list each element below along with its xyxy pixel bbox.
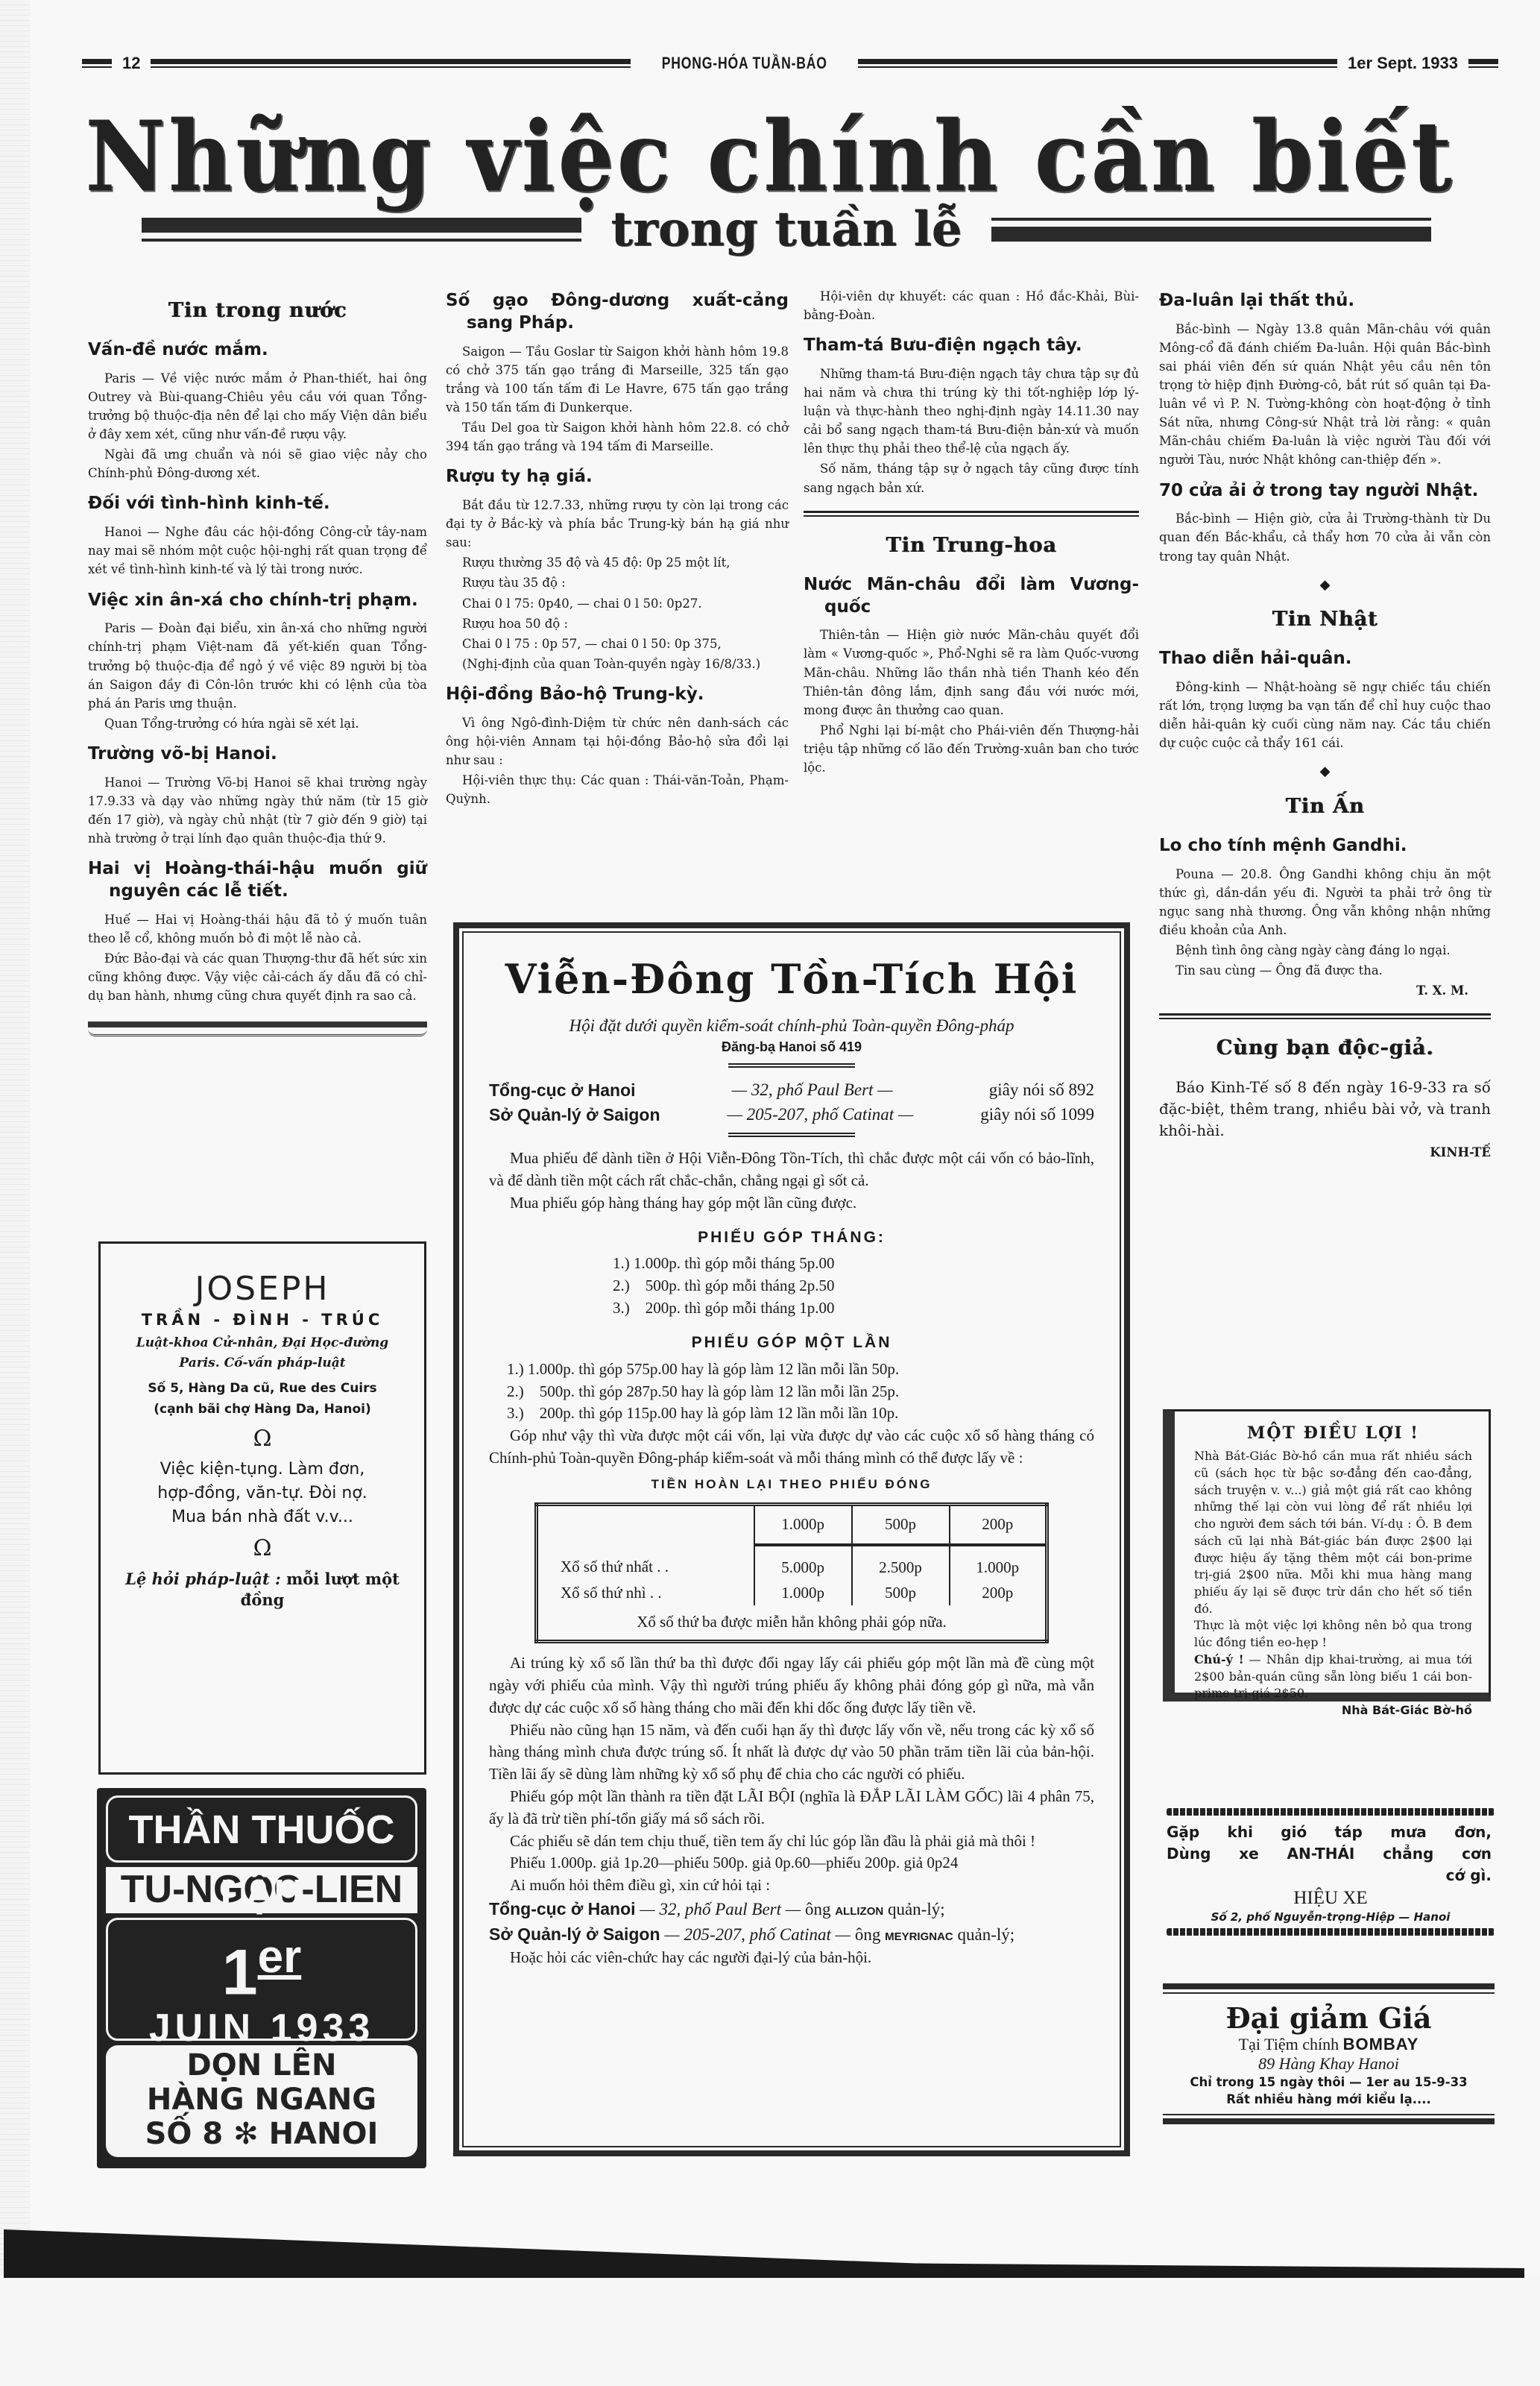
article-paragraph: Đông-kinh — Nhật-hoàng sẽ ngự chiếc tầu … (1159, 678, 1491, 752)
article-headline: Số gạo Đông-dương xuất-cảng sang Pháp. (446, 290, 789, 335)
ad-loi-body: Thực là một việc lợi không nên bỏ qua tr… (1194, 1617, 1472, 1651)
header-rule (82, 59, 112, 68)
ad-bombay-store: Tại Tiệm chính BOMBAY (1163, 2035, 1495, 2054)
column-2: Số gạo Đông-dương xuất-cảng sang Pháp. S… (446, 280, 789, 810)
ad-bombay-title: Đại giảm Giá (1163, 2001, 1495, 2035)
ad-vd-contact-hanoi: Tổng-cục ở Hanoi — 32, phố Paul Bert — ô… (489, 1897, 1094, 1922)
ad-than-thuoc-lau: THẦN THUỐC LẬU TU-NGOC-LIEN 1er JUIN 193… (97, 1788, 426, 2168)
section-title-india: Tin Ấn (1159, 791, 1491, 822)
ad-bombay-sale: Đại giảm Giá Tại Tiệm chính BOMBAY 89 Hà… (1163, 1983, 1495, 2124)
ad-vd-once-list: 1.) 1.000p. thì góp 575p.00 hay là góp l… (489, 1359, 1094, 1425)
table-cell: 5.000p (754, 1545, 852, 1581)
article-paragraph: Bắc-bình — Ngày 13.8 quân Mãn-châu với q… (1159, 320, 1491, 470)
ad-vd-title: Viễn-Đông Tồn-Tích Hội (489, 951, 1094, 1008)
author-signature: T. X. M. (1159, 981, 1491, 1000)
publication-name: PHONG-HÓA TUẦN-BÁO (661, 54, 827, 73)
article: Vấn-đề nước mắm. Paris — Về việc nước mắ… (88, 339, 427, 482)
ad-vd-contact-saigon: Sở Quản-lý ở Saigon — 205-207, phố Catin… (489, 1922, 1094, 1948)
article-headline: Hai vị Hoàng-thái-hậu muốn giữ nguyên cá… (88, 858, 427, 903)
issue-date: 1er Sept. 1933 (1348, 54, 1458, 73)
article: Trường võ-bị Hanoi. Hanoi — Trường Võ-bị… (88, 743, 427, 848)
ad-lawyer-credentials: Luật-khoa Cử-nhân, Đại Học-đường Paris. … (101, 1333, 424, 1373)
table-cell: 500p (852, 1581, 950, 1606)
list-item: 1.) 1.000p. thì góp mỗi tháng 5p.00 (613, 1253, 971, 1275)
article-headline: Trường võ-bị Hanoi. (88, 743, 427, 766)
ad-loi-body: Nhà Bát-Giác Bờ-hồ cần mua rất nhiều sác… (1194, 1448, 1472, 1617)
diamond-ornament-icon: ◆ (1159, 761, 1491, 781)
double-rule (728, 1063, 855, 1068)
ad-bombay-address: 89 Hàng Khay Hanoi (1163, 2054, 1495, 2074)
table-footer-row: Xổ số thứ ba được miễn hẳn không phải gó… (537, 1605, 1047, 1641)
ad-vd-body: Ai muốn hỏi thêm điều gì, xin cứ hỏi tại… (489, 1875, 1094, 1897)
article: Đa-luân lại thất thủ. Bắc-bình — Ngày 13… (1159, 290, 1491, 470)
article: Hội-đồng Bảo-hộ Trung-kỳ. Vì ông Ngô-đìn… (446, 684, 789, 808)
article: Việc xin ân-xá cho chính-trị phạm. Paris… (88, 590, 427, 733)
article-headline: Việc xin ân-xá cho chính-trị phạm. (88, 590, 427, 612)
ad-vd-tagline: Hội đặt dưới quyền kiểm-soát chính-phủ T… (489, 1014, 1094, 1039)
article-paragraph: Paris — Về việc nước mắm ở Phan-thiết, h… (88, 369, 427, 444)
newspaper-page: 12 PHONG-HÓA TUẦN-BÁO 1er Sept. 1933 Nhữ… (0, 0, 1540, 2274)
ad-vd-body: Phiếu 1.000p. giả 1p.20—phiếu 500p. giả … (489, 1852, 1094, 1875)
ad-vd-office-hanoi: Tổng-cục ở Hanoi — 32, phố Paul Bert — g… (489, 1078, 1094, 1103)
price-line: Chai 0 l 75: 0p40, — chai 0 l 50: 0p27. (446, 594, 789, 613)
table-cell: 1.000p (754, 1581, 852, 1606)
ad-vd-lottery-intro: Góp như vậy thì vừa được một cái vốn, lạ… (489, 1425, 1094, 1470)
section-divider (804, 511, 1139, 517)
article-headline: Đa-luân lại thất thủ. (1159, 290, 1491, 312)
article-paragraph: Đức Bảo-đại và các quan Thượng-thư đã hế… (88, 949, 427, 1005)
ad-vd-intro: Mua phiếu để dành tiền ở Hội Viễn-Đông T… (489, 1148, 1094, 1192)
readers-notice-title: Cùng bạn độc-giả. (1159, 1033, 1491, 1063)
section-title-japan: Tin Nhật (1159, 604, 1491, 635)
article-headline: Thao diễn hải-quân. (1159, 648, 1491, 670)
ad-mot-dieu-loi: MỘT ĐIỀU LỢI ! Nhà Bát-Giác Bờ-hồ cần mu… (1163, 1409, 1491, 1702)
ad-lau-date-block: 1er JUIN 1933 (106, 1918, 417, 2041)
article-paragraph: Phổ Nghi lại bí-mật cho Phái-viên đến Th… (804, 721, 1139, 777)
decorative-rule (991, 218, 1431, 242)
ad-vd-monthly-heading: PHIẾU GÓP THÁNG: (489, 1227, 1094, 1249)
table-header-cell: 500p (852, 1504, 950, 1544)
wavy-divider (88, 1022, 427, 1036)
article: Số gạo Đông-dương xuất-cảng sang Pháp. S… (446, 290, 789, 456)
ad-vd-body: Phiếu góp một lần thành ra tiền đặt LÃI … (489, 1786, 1094, 1831)
ad-loi-signature: Nhà Bát-Giác Bờ-hồ (1194, 1702, 1472, 1719)
table-cell: 1.000p (950, 1545, 1047, 1581)
article-paragraph: Vì ông Ngô-đình-Diệm từ chức nên danh-sá… (446, 714, 789, 769)
ad-bombay-dates: Chỉ trong 15 ngày thôi — 1er au 15-9-33 (1163, 2074, 1495, 2091)
section-title-china: Tin Trung-hoa (804, 530, 1139, 561)
article-paragraph: Hanoi — Trường Võ-bị Hanoi sẽ khai trườn… (88, 773, 427, 848)
ad-bombay-tagline: Rất nhiều hàng mới kiểu lạ.... (1163, 2091, 1495, 2108)
table-row: Xổ số thứ nhất . . 5.000p 2.500p 1.000p (537, 1545, 1047, 1581)
article: Rượu ty hạ giá. Bắt đầu từ 12.7.33, nhữn… (446, 466, 789, 673)
article-paragraph: Pouna — 20.8. Ông Gandhi không chịu ăn m… (1159, 865, 1491, 939)
ad-xe-shop: HIỆU XE (1167, 1888, 1495, 1909)
article-paragraph: Quan Tổng-trưởng có hứa ngài sẽ xét lại. (88, 714, 427, 733)
article: Nước Mãn-châu đổi làm Vương-quốc Thiên-t… (804, 574, 1139, 777)
ad-vd-once-heading: PHIẾU GÓP MỘT LẦN (489, 1332, 1094, 1354)
page-title: Những việc chính cần biết (0, 99, 1540, 213)
double-rule (728, 1133, 855, 1137)
article-headline: Tham-tá Bưu-điện ngạch tây. (804, 335, 1139, 357)
column-1: Tin trong nước Vấn-đề nước mắm. Paris — … (88, 291, 427, 1047)
article-paragraph: Bệnh tình ông càng ngày càng đáng lo ngạ… (1159, 941, 1491, 960)
list-item: 2.) 500p. thì góp mỗi tháng 2p.50 (613, 1275, 971, 1297)
price-line: (Nghị-định của quan Toàn-quyền ngày 16/8… (446, 655, 789, 673)
ad-vd-monthly-list: 1.) 1.000p. thì góp mỗi tháng 5p.00 2.) … (613, 1253, 971, 1319)
ad-lawyer-fee: Lệ hỏi pháp-luật : mỗi lượt một đồng (101, 1569, 424, 1611)
page-number: 12 (122, 54, 140, 73)
ad-an-thai-cars: Gặp khi gió táp mưa đơn, Dùng xe AN-THÁI… (1167, 1808, 1495, 1936)
table-cell: 200p (950, 1581, 1047, 1606)
price-line: Chai 0 l 75 : 0p 57, — chai 0 l 50: 0p 3… (446, 635, 789, 653)
ad-xe-address: Số 2, phố Nguyễn-trọng-Hiệp — Hanoi (1167, 1910, 1495, 1924)
column-4: Đa-luân lại thất thủ. Bắc-bình — Ngày 13… (1159, 280, 1491, 1163)
readers-notice-signature: KINH-TẾ (1159, 1143, 1491, 1162)
ad-loi-title: MỘT ĐIỀU LỢI ! (1194, 1422, 1472, 1445)
article: Hai vị Hoàng-thái-hậu muốn giữ nguyên cá… (88, 858, 427, 1005)
list-item: 2.) 500p. thì góp 287p.50 hay là góp làm… (507, 1381, 1094, 1403)
table-footer: Xổ số thứ ba được miễn hẳn không phải gó… (537, 1605, 1047, 1641)
article-paragraph: Bắc-bình — Hiện giờ, cửa ải Trường-thành… (1159, 509, 1491, 565)
article-paragraph: Tin sau cùng — Ông đã được tha. (1159, 961, 1491, 980)
ad-lawyer-services: Việc kiện-tụng. Làm đơn, hợp-đồng, văn-t… (101, 1458, 424, 1529)
article-paragraph: Saigon — Tầu Goslar từ Saigon khởi hành … (446, 342, 789, 417)
ad-xe-slogan: Gặp khi gió táp mưa đơn, Dùng xe AN-THÁI… (1167, 1816, 1495, 1886)
dotted-border (1167, 1808, 1495, 1816)
ad-vd-intro: Mua phiếu góp hàng tháng hay góp một lần… (489, 1192, 1094, 1215)
table-row-label: Xổ số thứ nhất . . (537, 1545, 754, 1581)
section-divider (1159, 1013, 1491, 1019)
readers-notice-body: Báo Kinh-Tế số 8 đến ngày 16-9-33 ra số … (1159, 1077, 1491, 1142)
ad-lawyer-fullname: TRẦN - ĐÌNH - TRÚC (101, 1311, 424, 1329)
page-subtitle: trong tuần lễ (611, 201, 962, 257)
table-row-label: Xổ số thứ nhì . . (537, 1581, 754, 1606)
article-headline: Lo cho tính mệnh Gandhi. (1159, 835, 1491, 857)
price-line: Rượu tàu 35 độ : (446, 573, 789, 592)
article: Thao diễn hải-quân. Đông-kinh — Nhật-hoà… (1159, 648, 1491, 752)
article-headline: 70 cửa ải ở trong tay người Nhật. (1159, 480, 1491, 503)
article-paragraph: Ngài đã ưng chuẩn và nói sẽ giao việc nả… (88, 445, 427, 482)
article-paragraph: Bắt đầu từ 12.7.33, những rượu ty còn lạ… (446, 496, 789, 552)
article-headline: Đối với tình-hình kinh-tế. (88, 493, 427, 515)
article-headline: Rượu ty hạ giá. (446, 466, 789, 488)
ad-vd-body: Ai trúng kỳ xổ số lần thứ ba thì được đổ… (489, 1652, 1094, 1719)
ad-loi-note: Chú-ý ! — Nhân dịp khai-trường, ai mua t… (1194, 1652, 1472, 1702)
ad-lau-title: THẦN THUỐC LẬU (106, 1795, 417, 1863)
article-headline: Hội-đồng Bảo-hộ Trung-kỳ. (446, 684, 789, 706)
running-header: 12 PHONG-HÓA TUẦN-BÁO 1er Sept. 1933 (82, 52, 1498, 75)
article-headline: Nước Mãn-châu đổi làm Vương-quốc (804, 574, 1139, 619)
article-paragraph: Hanoi — Nghe đâu các hội-đồng Công-cử tâ… (88, 523, 427, 579)
table-cell: 2.500p (852, 1545, 950, 1581)
page-subtitle-row: trong tuần lễ (142, 201, 1431, 257)
diamond-ornament-icon: ◆ (1159, 575, 1491, 595)
ad-vd-registration: Đăng-bạ Hanoi số 419 (489, 1038, 1094, 1057)
price-line: Rượu thường 35 độ và 45 độ: 0p 25 một lí… (446, 553, 789, 572)
article-paragraph: Thiên-tân — Hiện giờ nước Mãn-châu quyết… (804, 626, 1139, 719)
table-header-cell: 1.000p (754, 1504, 852, 1544)
ad-lawyer-name: JOSEPH (101, 1270, 424, 1308)
column-3: Hội-viên dự khuyết: các quan : Hồ đắc-Kh… (804, 287, 1139, 778)
article: Lo cho tính mệnh Gandhi. Pouna — 20.8. Ô… (1159, 835, 1491, 980)
decorative-rule (1163, 2114, 1495, 2124)
table-header-row: 1.000p 500p 200p (537, 1504, 1047, 1544)
list-item: 1.) 1.000p. thì góp 575p.00 hay là góp l… (507, 1359, 1094, 1381)
header-rule (1468, 59, 1498, 68)
list-item: 3.) 200p. thì góp 115p.00 hay là góp làm… (507, 1403, 1094, 1425)
article: Đối với tình-hình kinh-tế. Hanoi — Nghe … (88, 493, 427, 579)
decorative-rule (1163, 1983, 1495, 1994)
article-paragraph: Những tham-tá Bưu-điện ngạch tây chưa tậ… (804, 365, 1139, 458)
header-rule (151, 59, 630, 68)
page-bottom-scan-shadow (4, 2229, 1524, 2278)
header-rule (858, 59, 1337, 68)
article-paragraph: Tầu Del goa từ Saigon khởi hành hôm 22.8… (446, 418, 789, 456)
article: Tham-tá Bưu-điện ngạch tây. Những tham-t… (804, 335, 1139, 497)
dotted-border (1167, 1928, 1495, 1936)
ad-vd-body: Phiếu nào cũng hạn 15 năm, và đến cuối h… (489, 1719, 1094, 1786)
price-line: Rượu hoa 50 độ : (446, 614, 789, 633)
ad-vd-body: Các phiếu sẽ dán tem chịu thuế, tiền tem… (489, 1831, 1094, 1853)
article-paragraph: Huế — Hai vị Hoàng-thái hậu đã tỏ ý muốn… (88, 910, 427, 948)
article-paragraph: Hội-viên dự khuyết: các quan : Hồ đắc-Kh… (804, 287, 1139, 324)
decorative-rule (142, 218, 581, 242)
page-edge-scan-artifact (0, 0, 30, 2274)
omega-ornament-icon: Ω (101, 1426, 424, 1452)
ad-vd-closing: Hoặc hỏi các viên-chức hay các người đại… (489, 1947, 1094, 1969)
ad-vien-dong-ton-tich-hoi: Viễn-Đông Tồn-Tích Hội Hội đặt dưới quyề… (453, 922, 1130, 2156)
article-paragraph: Hội-viên thực thụ: Các quan : Thái-văn-T… (446, 771, 789, 808)
article-paragraph: Số năm, tháng tập sự ở ngạch tây cũng đư… (804, 459, 1139, 497)
ad-vd-prize-table: 1.000p 500p 200p Xổ số thứ nhất . . 5.00… (534, 1502, 1049, 1643)
article-headline: Vấn-đề nước mắm. (88, 339, 427, 362)
ad-joseph-lawyer: JOSEPH TRẦN - ĐÌNH - TRÚC Luật-khoa Cử-n… (98, 1241, 426, 1775)
article-paragraph: Paris — Đoàn đại biểu, xin ân-xá cho nhữ… (88, 619, 427, 712)
article: 70 cửa ải ở trong tay người Nhật. Bắc-bì… (1159, 480, 1491, 566)
ad-lawyer-address: Số 5, Hàng Da cũ, Rue des Cuirs (cạnh bã… (101, 1378, 424, 1420)
section-title-domestic: Tin trong nước (88, 295, 427, 326)
table-header-cell: 200p (950, 1504, 1047, 1544)
list-item: 3.) 200p. thì góp mỗi tháng 1p.00 (613, 1297, 971, 1320)
ad-vd-office-saigon: Sở Quản-lý ở Saigon — 205-207, phố Catin… (489, 1103, 1094, 1127)
ad-lau-address: DỌN LÊN HÀNG NGANG SỐ 8 ✻ HANOI (106, 2045, 417, 2157)
table-row: Xổ số thứ nhì . . 1.000p 500p 200p (537, 1581, 1047, 1606)
omega-ornament-icon: Ω (101, 1535, 424, 1561)
ad-vd-table-heading: TIỀN HOÀN LẠI THEO PHIẾU ĐÓNG (489, 1476, 1094, 1493)
